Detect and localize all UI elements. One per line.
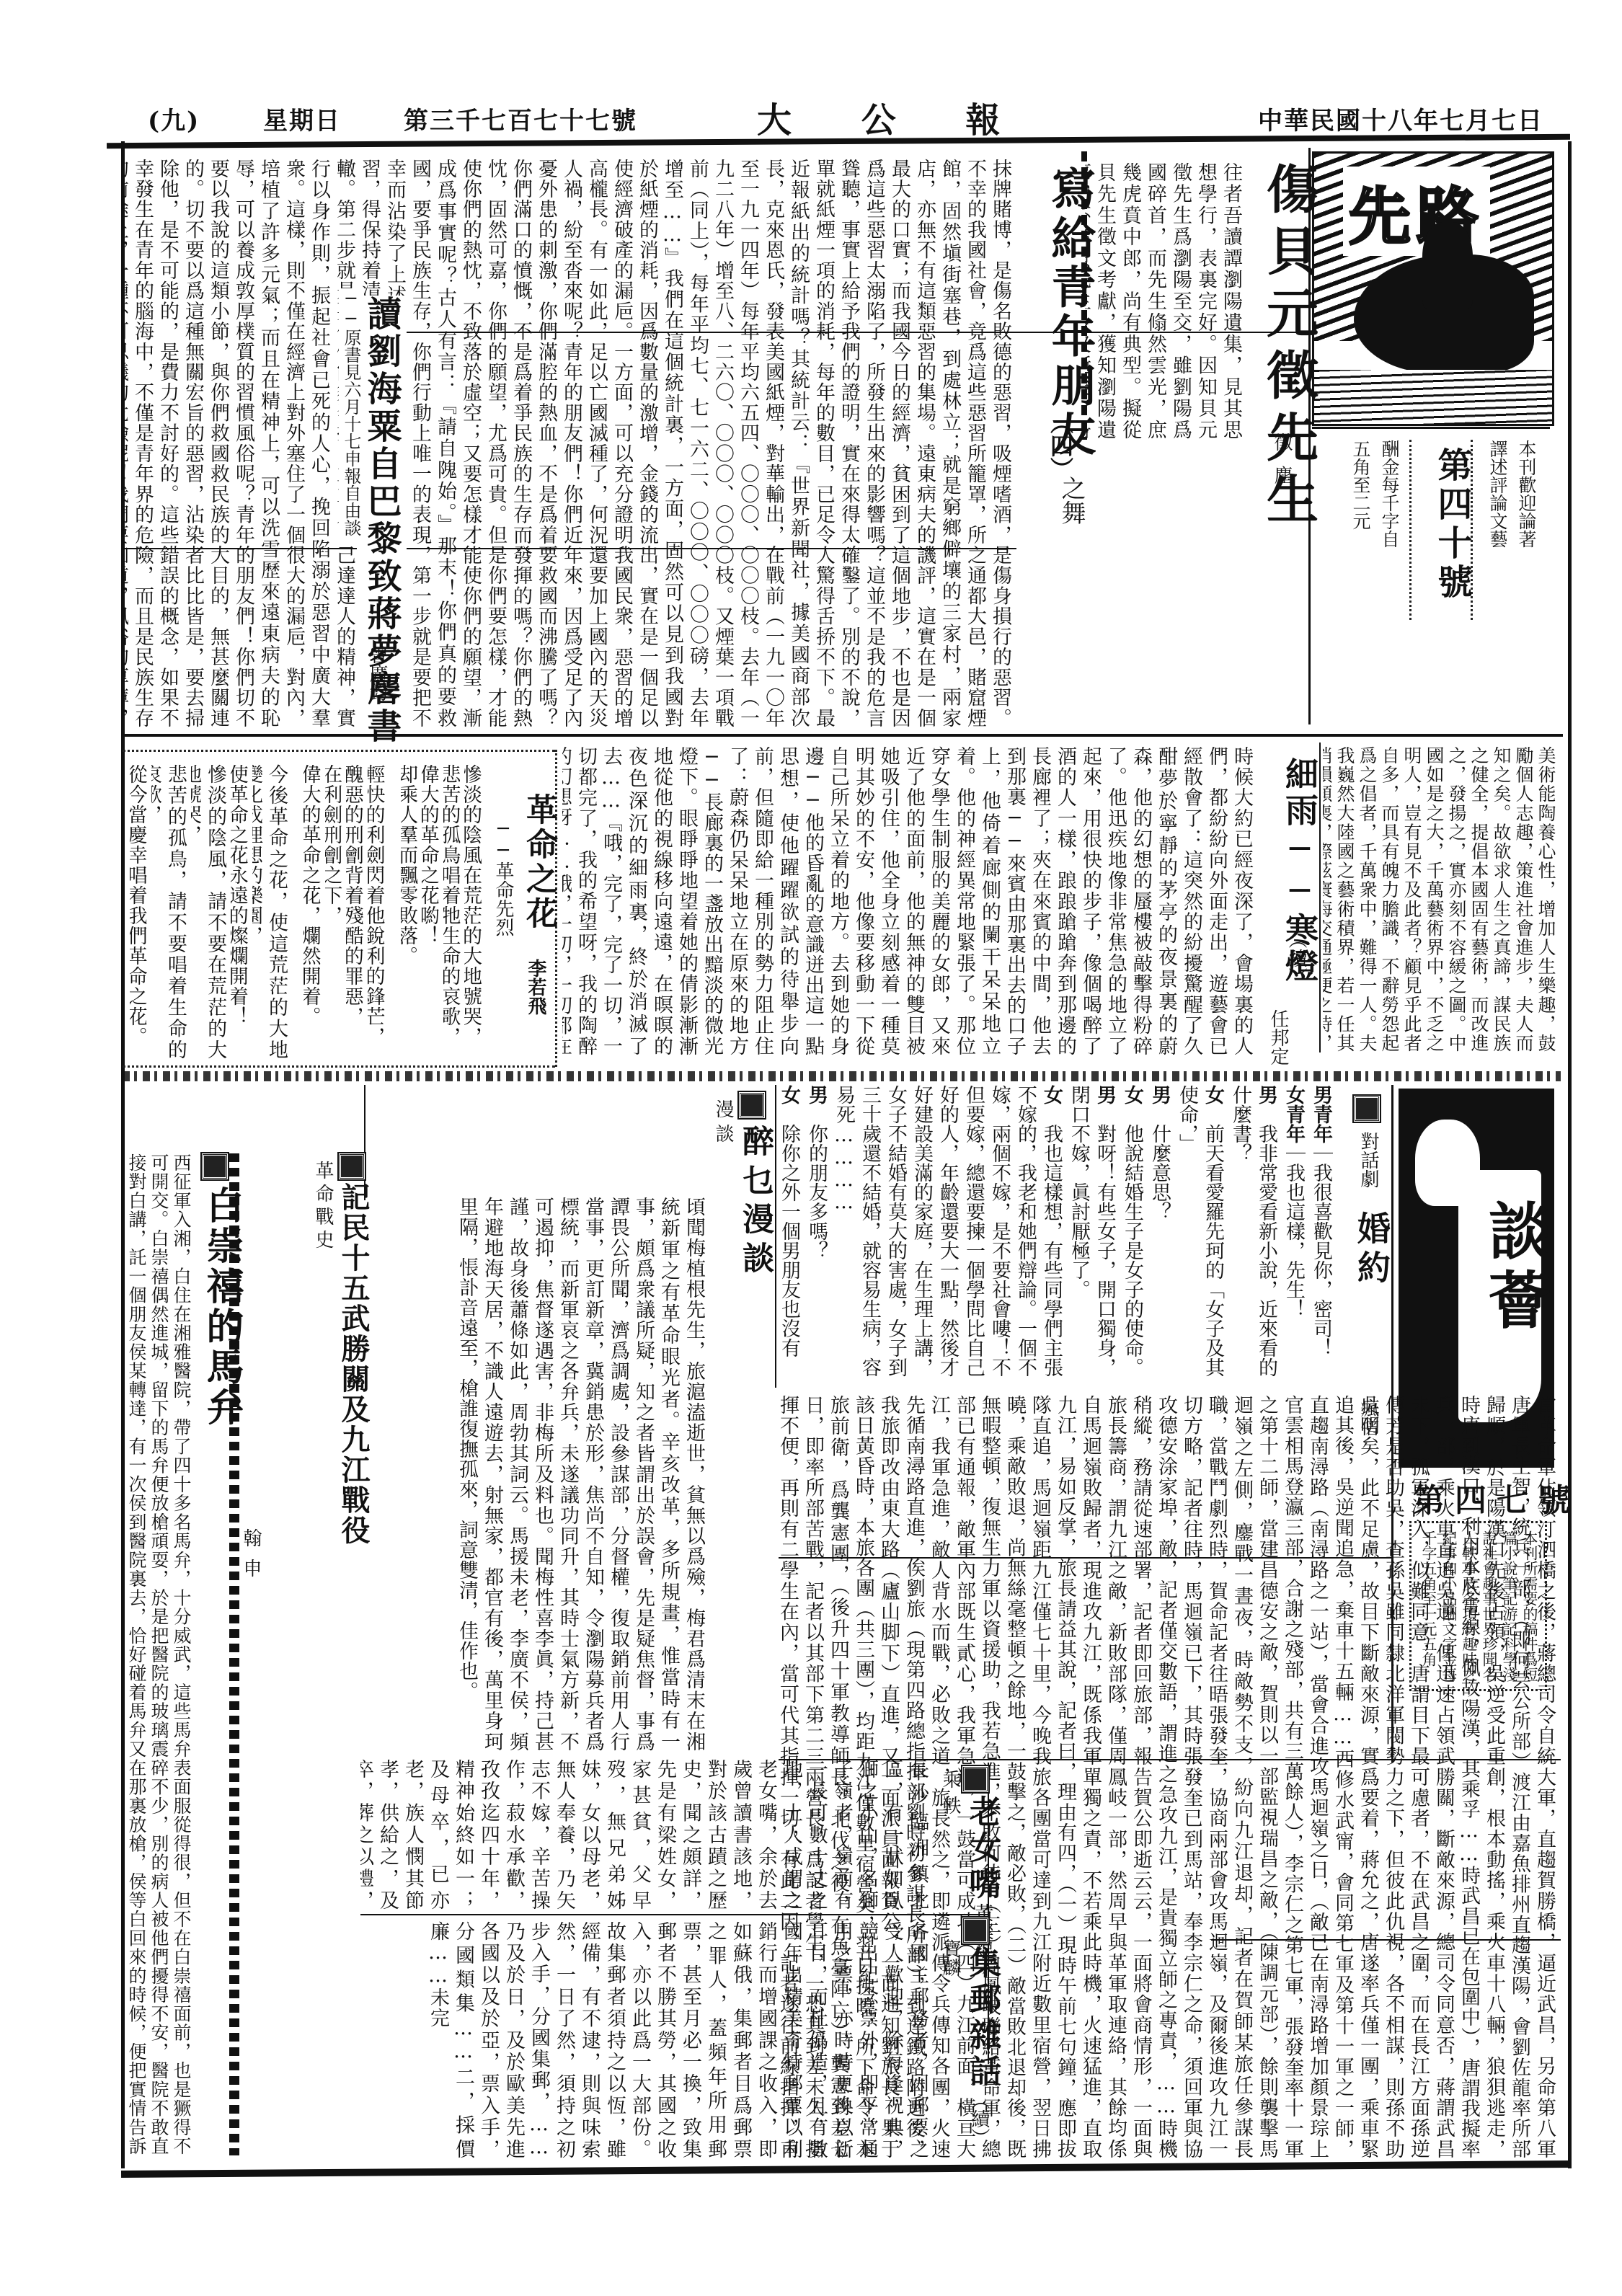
poem-line: 從今當慶幸唱着我們革命之花。 xyxy=(130,764,149,1060)
poem-line: 偉大的革命之花喲！ xyxy=(422,764,440,1060)
xianlu-issue: 第四十號 xyxy=(1427,447,1477,603)
article-title-jimin: 記民十五武勝關及九江戰役 xyxy=(333,1182,374,1546)
article-author-jiyou: 寶麟 xyxy=(937,1939,964,1977)
newspaper-name: 大 公 報 xyxy=(757,92,1029,142)
dialogue-line: 男青年｜我很喜歡見你，密司！ xyxy=(1308,1085,1334,1388)
poem-box-border xyxy=(123,750,555,752)
poem-line: 使革命之花永遠的燦爛開着！ xyxy=(231,764,249,1060)
black-square-icon xyxy=(339,1153,365,1179)
dialogue-line: 女 前天看愛羅先珂的「女子及其使命，」 xyxy=(1174,1085,1226,1388)
section-marker xyxy=(962,1766,988,1795)
article-part-youth: （四） xyxy=(1044,411,1077,480)
article-body-laonv: 長沙臨湘鎮北區，有一狀如臥獅之小山，名獅子嶺者，嶺前有一長可數十丈之地，土人咸謂… xyxy=(360,1759,930,1910)
poem-subtitle: ──革命先烈 xyxy=(490,818,517,936)
weekday: 星期日 xyxy=(263,101,341,136)
column-body-zuiqi: 頃聞梅植根先生，旅滬溘逝世，貧無以爲殮，梅君爲清末在湘統新軍之有革命眼光者。辛亥… xyxy=(360,1197,706,1752)
black-square-icon xyxy=(1354,1096,1380,1122)
poem-box-border xyxy=(123,1065,555,1068)
band-divider xyxy=(123,548,1016,549)
poem-line: 醜惡的刑劊背着殘酷的罪惡， xyxy=(346,764,365,1060)
article-body-xiyu: 時候大約已經夜深了，會場裏的人們，都紛紛向外面走出，遊藝會已經散會了：這突然的紛… xyxy=(562,746,1254,1056)
issue-number: 第三千七百七十七號 xyxy=(404,101,637,136)
black-square-icon xyxy=(962,1766,988,1792)
poem-line: 却乘人羣而飄零敗落。 xyxy=(401,764,420,1060)
section-marker xyxy=(962,1918,988,1946)
article-author-youth: 之舞 xyxy=(1054,476,1089,525)
poem-line: 偉大的革命之花，爛然開着。 xyxy=(303,764,322,1060)
article-title-jiyou: 集郵雜話 xyxy=(959,1946,1005,2091)
poem-line: 今後革命之花，使這荒茫的大地變化成理想的樂園， xyxy=(252,764,289,1060)
band-divider xyxy=(375,332,1305,333)
dialogue-line: 男 我非常愛看新小說，近來看的什麼書？ xyxy=(1227,1085,1279,1388)
xianlu-notice-4: 五角至二元 xyxy=(1348,440,1373,620)
rider-figure xyxy=(1422,222,1473,309)
page-number: (九) xyxy=(148,101,200,136)
dialogue-line: 女 他說結婚生子是女子的使命。 xyxy=(1119,1085,1145,1388)
section-marker xyxy=(1354,1096,1380,1125)
article-source-note: ──原書見六月十七申報自由談 xyxy=(339,288,364,536)
section-marker xyxy=(202,1153,228,1182)
article-title-laonv: 老女嘴 xyxy=(959,1795,1005,1903)
play-genre: 對話劇 xyxy=(1355,1132,1382,1188)
ground-lines xyxy=(1314,370,1552,424)
poem-title: 革命之花 xyxy=(515,793,562,931)
article-part-xiyu: （續） xyxy=(1283,930,1310,986)
dialogue-line: 男 你的朋友多嗎？ xyxy=(803,1085,829,1388)
black-square-icon xyxy=(962,1918,988,1943)
play-title: 婚約 xyxy=(1348,1211,1396,1289)
poem-author: 李若飛 xyxy=(523,959,549,1015)
poem-line: 悲苦的孤鳥，請不要唱着生命的哀歌， xyxy=(151,764,188,1060)
article-author-liu-haisu: 曾廣鈞 xyxy=(364,645,391,701)
tanhui-title: 談薈 xyxy=(1469,1199,1554,1337)
article-body-bai: 西征軍入湘，白住在湘雅醫院，帶了四十多名馬弁，十分威武，這些馬弁表面服從得很，但… xyxy=(124,1153,192,2155)
dialogue-line: 女 除你之外一個男朋友也沒有──你比我年齡大些吧？ xyxy=(779,1085,802,1388)
poem-line: 慘淡的陰風，請不要在荒茫的大地號哭， xyxy=(191,764,228,1060)
band-divider xyxy=(360,1914,988,1915)
column-label-mantan: 漫談 xyxy=(710,1099,737,1148)
dialogue-line: 女 我也這樣想，有些同學們主張不嫁的，我老和她們辯論。一個不嫁，兩個不嫁，是不要… xyxy=(830,1085,1064,1388)
dialogue: 男青年｜我很喜歡見你，密司！ 女青年｜我也這樣，先生！ 男 我非常愛看新小說，近… xyxy=(779,1085,1334,1388)
column-label-chengyi: 乘軼 xyxy=(937,1770,964,1822)
xianlu-notice-2: 譯述評論文藝 xyxy=(1485,440,1510,620)
article-body-youth: 抹牌賭博，是傷名敗德的惡習，吸煙嗜酒，是傷身損行的惡習。不幸的我國社會，竟爲這些… xyxy=(123,159,1013,728)
dialogue-line: 男 什麼意思？ xyxy=(1146,1085,1172,1388)
article-part-jiyou: （續） xyxy=(966,2091,993,2147)
section-marker xyxy=(739,1092,765,1121)
article-author-bai: 翰申 xyxy=(238,1528,265,1589)
article-title-bai: 白崇禧的馬弁 xyxy=(195,1186,249,1428)
section-marker xyxy=(339,1153,365,1182)
poem-line: 輕快的利劍閃着他銳利的鋒芒， xyxy=(368,764,386,1060)
ornamental-divider xyxy=(123,1071,1561,1081)
poem-line: 慘淡的陰風在荒茫的大地號哭， xyxy=(464,764,483,1060)
article-body-shang-bei: 往者吾讀譚瀏陽遺集，見其思想學行，表裏完好。因知貝元徵先生爲瀏陽至交，雖劉陽爲國… xyxy=(1085,162,1244,440)
xianlu-notice-3: 酬金每千字自 xyxy=(1377,440,1401,620)
black-square-icon xyxy=(739,1092,765,1118)
column-title-zuiqi: 醉乜漫談 xyxy=(732,1125,778,1280)
dialogue-line: 女青年｜我也這樣，先生！ xyxy=(1280,1085,1306,1388)
xianlu-notice-1: 本刊歡迎論著 xyxy=(1514,440,1538,620)
band-divider xyxy=(1211,1939,1561,1941)
dialogue-line: 男 對呀！有些女子，開口獨身，閉口不嫁，眞討厭極了。 xyxy=(1065,1085,1117,1388)
publication-date: 中華民國十八年七月七日 xyxy=(1258,101,1543,136)
black-square-icon xyxy=(202,1153,228,1179)
poem-line: 在利劍刑劊之下， xyxy=(325,764,344,1060)
band-divider xyxy=(779,1557,1391,1559)
poem-lines: 慘淡的陰風在荒茫的大地號哭， 悲苦的孤鳥唱着牠生命的哀歌， 偉大的革命之花喲！ … xyxy=(130,764,483,1060)
article-body-liu-continued: 美術能陶養心性，增加人生樂趣，鼓勵個人志趣，策進社會進步，夫人而知之矣。故欲求人… xyxy=(1323,746,1557,1052)
checker-border xyxy=(1081,151,1087,440)
article-author-shang-bei: 徵塵 xyxy=(1269,433,1295,499)
article-column-geming: 革命戰史 xyxy=(310,1161,337,1253)
middle-band-top-rule xyxy=(123,734,1563,737)
article-author-xiyu: 任邦定 xyxy=(1265,1009,1292,1065)
notice-divider xyxy=(1409,440,1412,620)
xianlu-masthead: 先路 xyxy=(1312,151,1554,426)
poem-line: 悲苦的孤鳥唱着牠生命的哀歌， xyxy=(443,764,462,1060)
article-body-jiyou: 各國主郵務者，因郵票之受人歡迎，除每逢祝典，競出紀念票外，即平常通用之票，亦時時… xyxy=(360,1921,930,2159)
xianlu-divider xyxy=(1312,427,1550,429)
